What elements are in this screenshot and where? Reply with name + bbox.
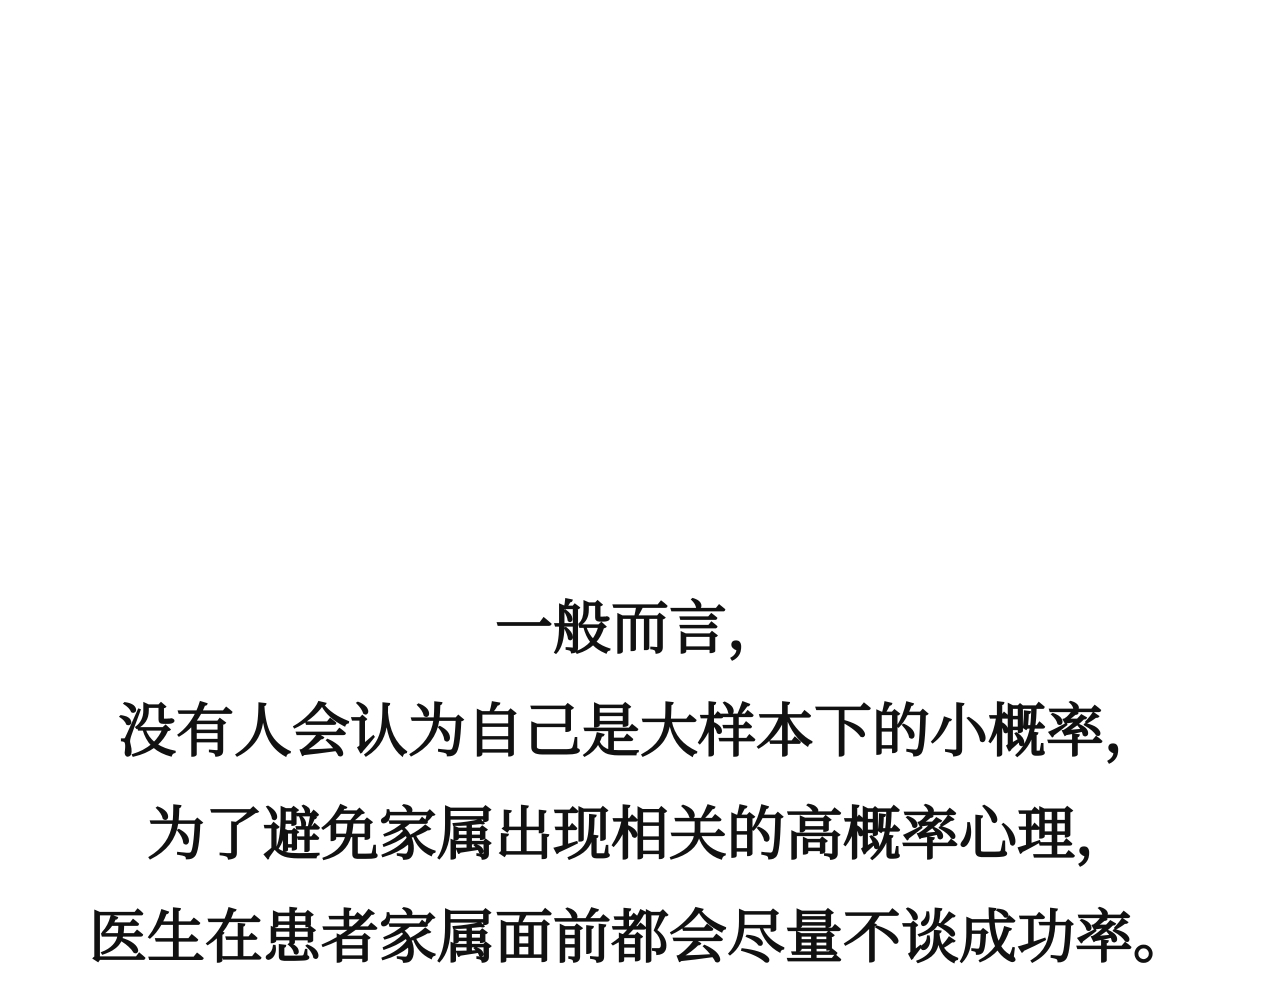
text-line: 医生在患者家属面前都会尽量不谈成功率。 [0,886,1280,989]
page: 一般而言， 没有人会认为自己是大样本下的小概率， 为了避免家属出现相关的高概率心… [0,0,1280,1000]
caption-text-block: 一般而言， 没有人会认为自己是大样本下的小概率， 为了避免家属出现相关的高概率心… [0,577,1280,989]
text-line: 为了避免家属出现相关的高概率心理， [0,783,1280,886]
text-line: 没有人会认为自己是大样本下的小概率， [0,680,1280,783]
text-line: 一般而言， [0,577,1280,680]
